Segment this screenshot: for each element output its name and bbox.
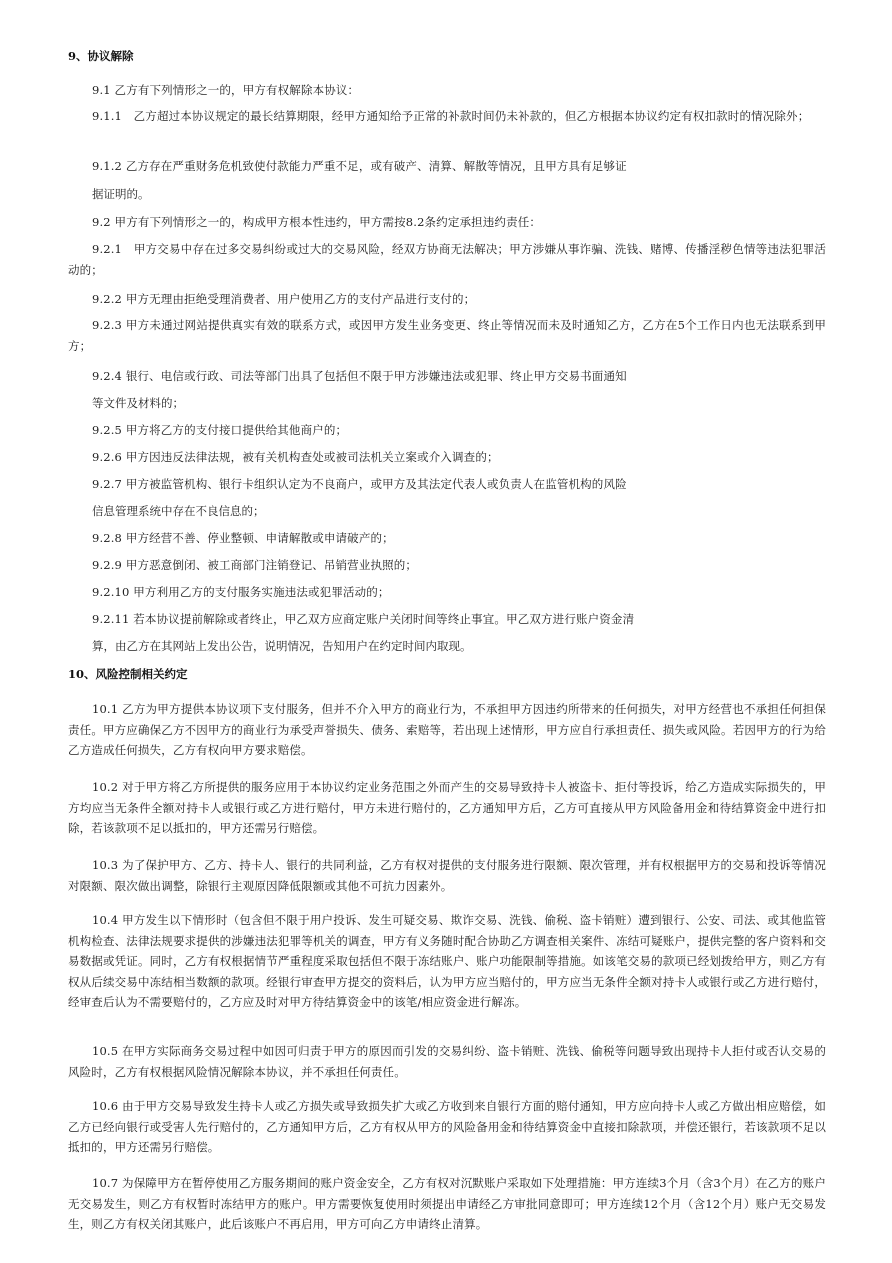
clause-9-2-7-continued: 信息管理系统中存在不良信息的； [68,501,265,522]
section-heading-9: 9、协议解除 [68,46,134,66]
clause-9-2-7: 9.2.7 甲方被监管机构、银行卡组织认定为不良商户，或甲方及其法定代表人或负责… [68,474,826,495]
clause-9-2-1: 9.2.1 甲方交易中存在过多交易纠纷或过大的交易风险，经双方协商无法解决；甲方… [68,239,826,280]
clause-10-5: 10.5 在甲方实际商务交易过程中如因可归责于甲方的原因而引发的交易纠纷、盗卡销… [68,1041,826,1082]
clause-9-2-4-continued: 等文件及材料的； [68,393,184,414]
clause-9-2-11: 9.2.11 若本协议提前解除或者终止，甲乙双方应商定账户关闭时间等终止事宜。甲… [68,609,826,630]
clause-10-1: 10.1 乙方为甲方提供本协议项下支付服务，但并不介入甲方的商业行为，不承担甲方… [68,699,826,761]
clause-9-2-9: 9.2.9 甲方恶意倒闭、被工商部门注销登记、吊销营业执照的； [68,555,826,576]
clause-9-1-2-continued: 据证明的。 [68,184,150,205]
clause-9-2-2: 9.2.2 甲方无理由拒绝受理消费者、用户使用乙方的支付产品进行支付的； [68,289,826,310]
clause-9-1-2: 9.1.2 乙方存在严重财务危机致使付款能力严重不足，或有破产、清算、解散等情况… [68,156,826,177]
section-heading-10: 10、风险控制相关约定 [68,664,188,684]
clause-9-2-6: 9.2.6 甲方因违反法律法规，被有关机构查处或被司法机关立案或介入调查的； [68,447,826,468]
clause-10-2: 10.2 对于甲方将乙方所提供的服务应用于本协议约定业务范围之外而产生的交易导致… [68,777,826,839]
clause-9-2-5: 9.2.5 甲方将乙方的支付接口提供给其他商户的； [68,420,826,441]
clause-9-2-4: 9.2.4 银行、电信或行政、司法等部门出具了包括但不限于甲方涉嫌违法或犯罪、终… [68,366,826,387]
clause-9-2: 9.2 甲方有下列情形之一的，构成甲方根本性违约，甲方需按8.2条约定承担违约责… [68,212,826,233]
clause-9-1-1: 9.1.1 乙方超过本协议规定的最长结算期限，经甲方通知给予正常的补款时间仍未补… [68,106,826,127]
clause-9-2-10: 9.2.10 甲方利用乙方的支付服务实施违法或犯罪活动的； [68,582,826,603]
clause-9-1: 9.1 乙方有下列情形之一的，甲方有权解除本协议： [68,80,826,101]
clause-10-6: 10.6 由于甲方交易导致发生持卡人或乙方损失或导致损失扩大或乙方收到来自银行方… [68,1096,826,1158]
clause-9-2-3: 9.2.3 甲方未通过网站提供真实有效的联系方式，或因甲方发生业务变更、终止等情… [68,315,826,356]
clause-9-2-8: 9.2.8 甲方经营不善、停业整顿、申请解散或申请破产的； [68,528,826,549]
clause-10-7: 10.7 为保障甲方在暂停使用乙方服务期间的账户资金安全，乙方有权对沉默账户采取… [68,1173,826,1235]
clause-9-2-11-continued: 算，由乙方在其网站上发出公告，说明情况，告知用户在约定时间内取现。 [68,636,472,657]
clause-10-3: 10.3 为了保护甲方、乙方、持卡人、银行的共同利益，乙方有权对提供的支付服务进… [68,855,826,896]
clause-10-4: 10.4 甲方发生以下情形时（包含但不限于用户投诉、发生可疑交易、欺诈交易、洗钱… [68,910,826,1013]
